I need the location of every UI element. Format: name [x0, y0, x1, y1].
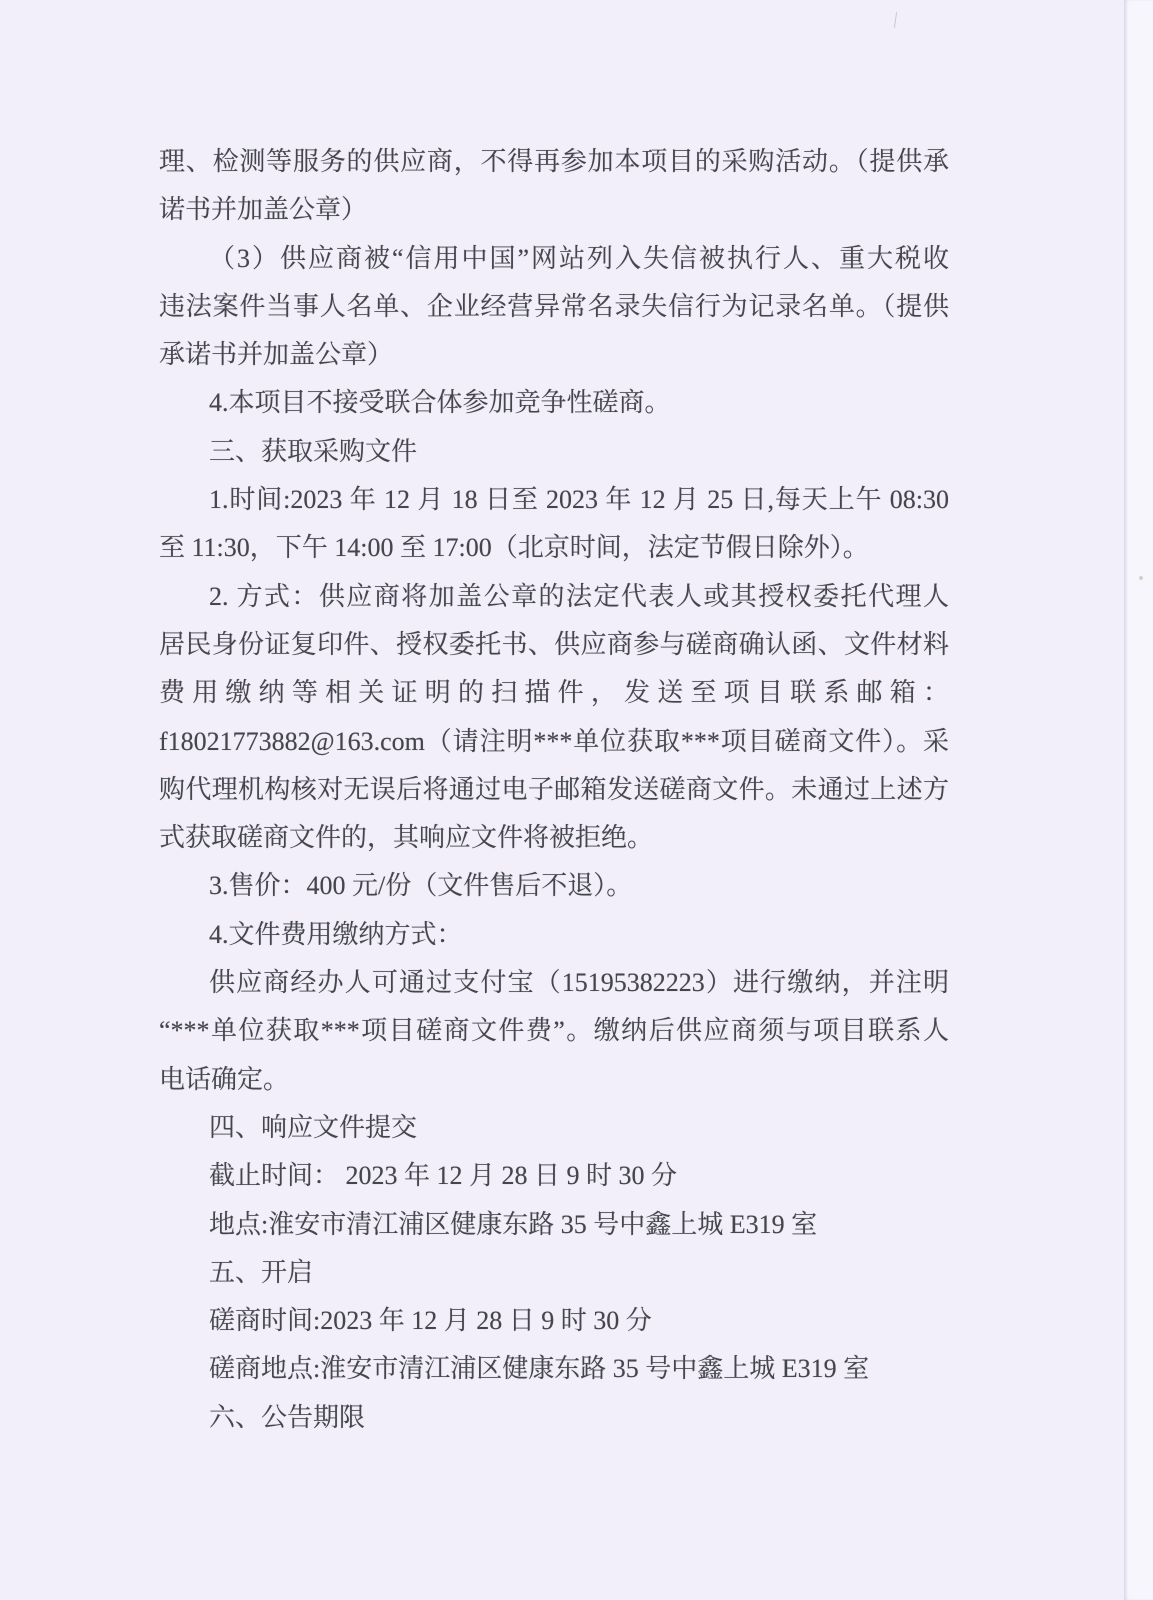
doc-line: 供应商经办人可通过支付宝（15195382223）进行缴纳，并注明 — [159, 959, 949, 1007]
doc-line: （3）供应商被“信用中国”网站列入失信被执行人、重大税收 — [159, 235, 949, 283]
scanned-document-page: 理、检测等服务的供应商，不得再参加本项目的采购活动。（提供承诺书并加盖公章）（3… — [0, 0, 1153, 1600]
doc-line: 4.文件费用缴纳方式： — [159, 911, 949, 959]
doc-line: 地点:淮安市清江浦区健康东路 35 号中鑫上城 E319 室 — [159, 1201, 949, 1249]
doc-line: 四、响应文件提交 — [159, 1104, 949, 1152]
doc-line: 承诺书并加盖公章） — [159, 331, 949, 379]
doc-line: 3.售价：400 元/份（文件售后不退）。 — [159, 862, 949, 910]
doc-line: 违法案件当事人名单、企业经营异常名录失信行为记录名单。（提供 — [159, 283, 949, 331]
doc-line: 费用缴纳等相关证明的扫描件，发送至项目联系邮箱： — [159, 669, 949, 717]
doc-line: 式获取磋商文件的，其响应文件将被拒绝。 — [159, 814, 949, 862]
scan-scratch-artifact — [894, 12, 897, 28]
doc-line: 六、公告期限 — [159, 1394, 949, 1442]
doc-line: 五、开启 — [159, 1249, 949, 1297]
doc-line: 理、检测等服务的供应商，不得再参加本项目的采购活动。（提供承 — [159, 138, 949, 186]
scanner-paper-edge — [1124, 0, 1153, 1600]
doc-line: 截止时间： 2023 年 12 月 28 日 9 时 30 分 — [159, 1152, 949, 1200]
doc-line: f18021773882@163.com（请注明***单位获取***项目磋商文件… — [159, 718, 949, 766]
doc-line: 至 11:30，下午 14:00 至 17:00（北京时间，法定节假日除外）。 — [159, 524, 949, 572]
doc-line: 4.本项目不接受联合体参加竞争性磋商。 — [159, 379, 949, 427]
scan-speck-artifact — [1139, 576, 1143, 580]
doc-line: “***单位获取***项目磋商文件费”。缴纳后供应商须与项目联系人 — [159, 1007, 949, 1055]
doc-line: 诺书并加盖公章） — [159, 186, 949, 234]
doc-line: 三、获取采购文件 — [159, 428, 949, 476]
doc-line: 2. 方式：供应商将加盖公章的法定代表人或其授权委托代理人 — [159, 573, 949, 621]
doc-line: 磋商地点:淮安市清江浦区健康东路 35 号中鑫上城 E319 室 — [159, 1345, 949, 1393]
doc-line: 1.时间:2023 年 12 月 18 日至 2023 年 12 月 25 日,… — [159, 476, 949, 524]
doc-line: 磋商时间:2023 年 12 月 28 日 9 时 30 分 — [159, 1297, 949, 1345]
doc-line: 电话确定。 — [159, 1056, 949, 1104]
document-text-block: 理、检测等服务的供应商，不得再参加本项目的采购活动。（提供承诺书并加盖公章）（3… — [159, 138, 949, 1442]
doc-line: 居民身份证复印件、授权委托书、供应商参与磋商确认函、文件材料 — [159, 621, 949, 669]
doc-line: 购代理机构核对无误后将通过电子邮箱发送磋商文件。未通过上述方 — [159, 766, 949, 814]
